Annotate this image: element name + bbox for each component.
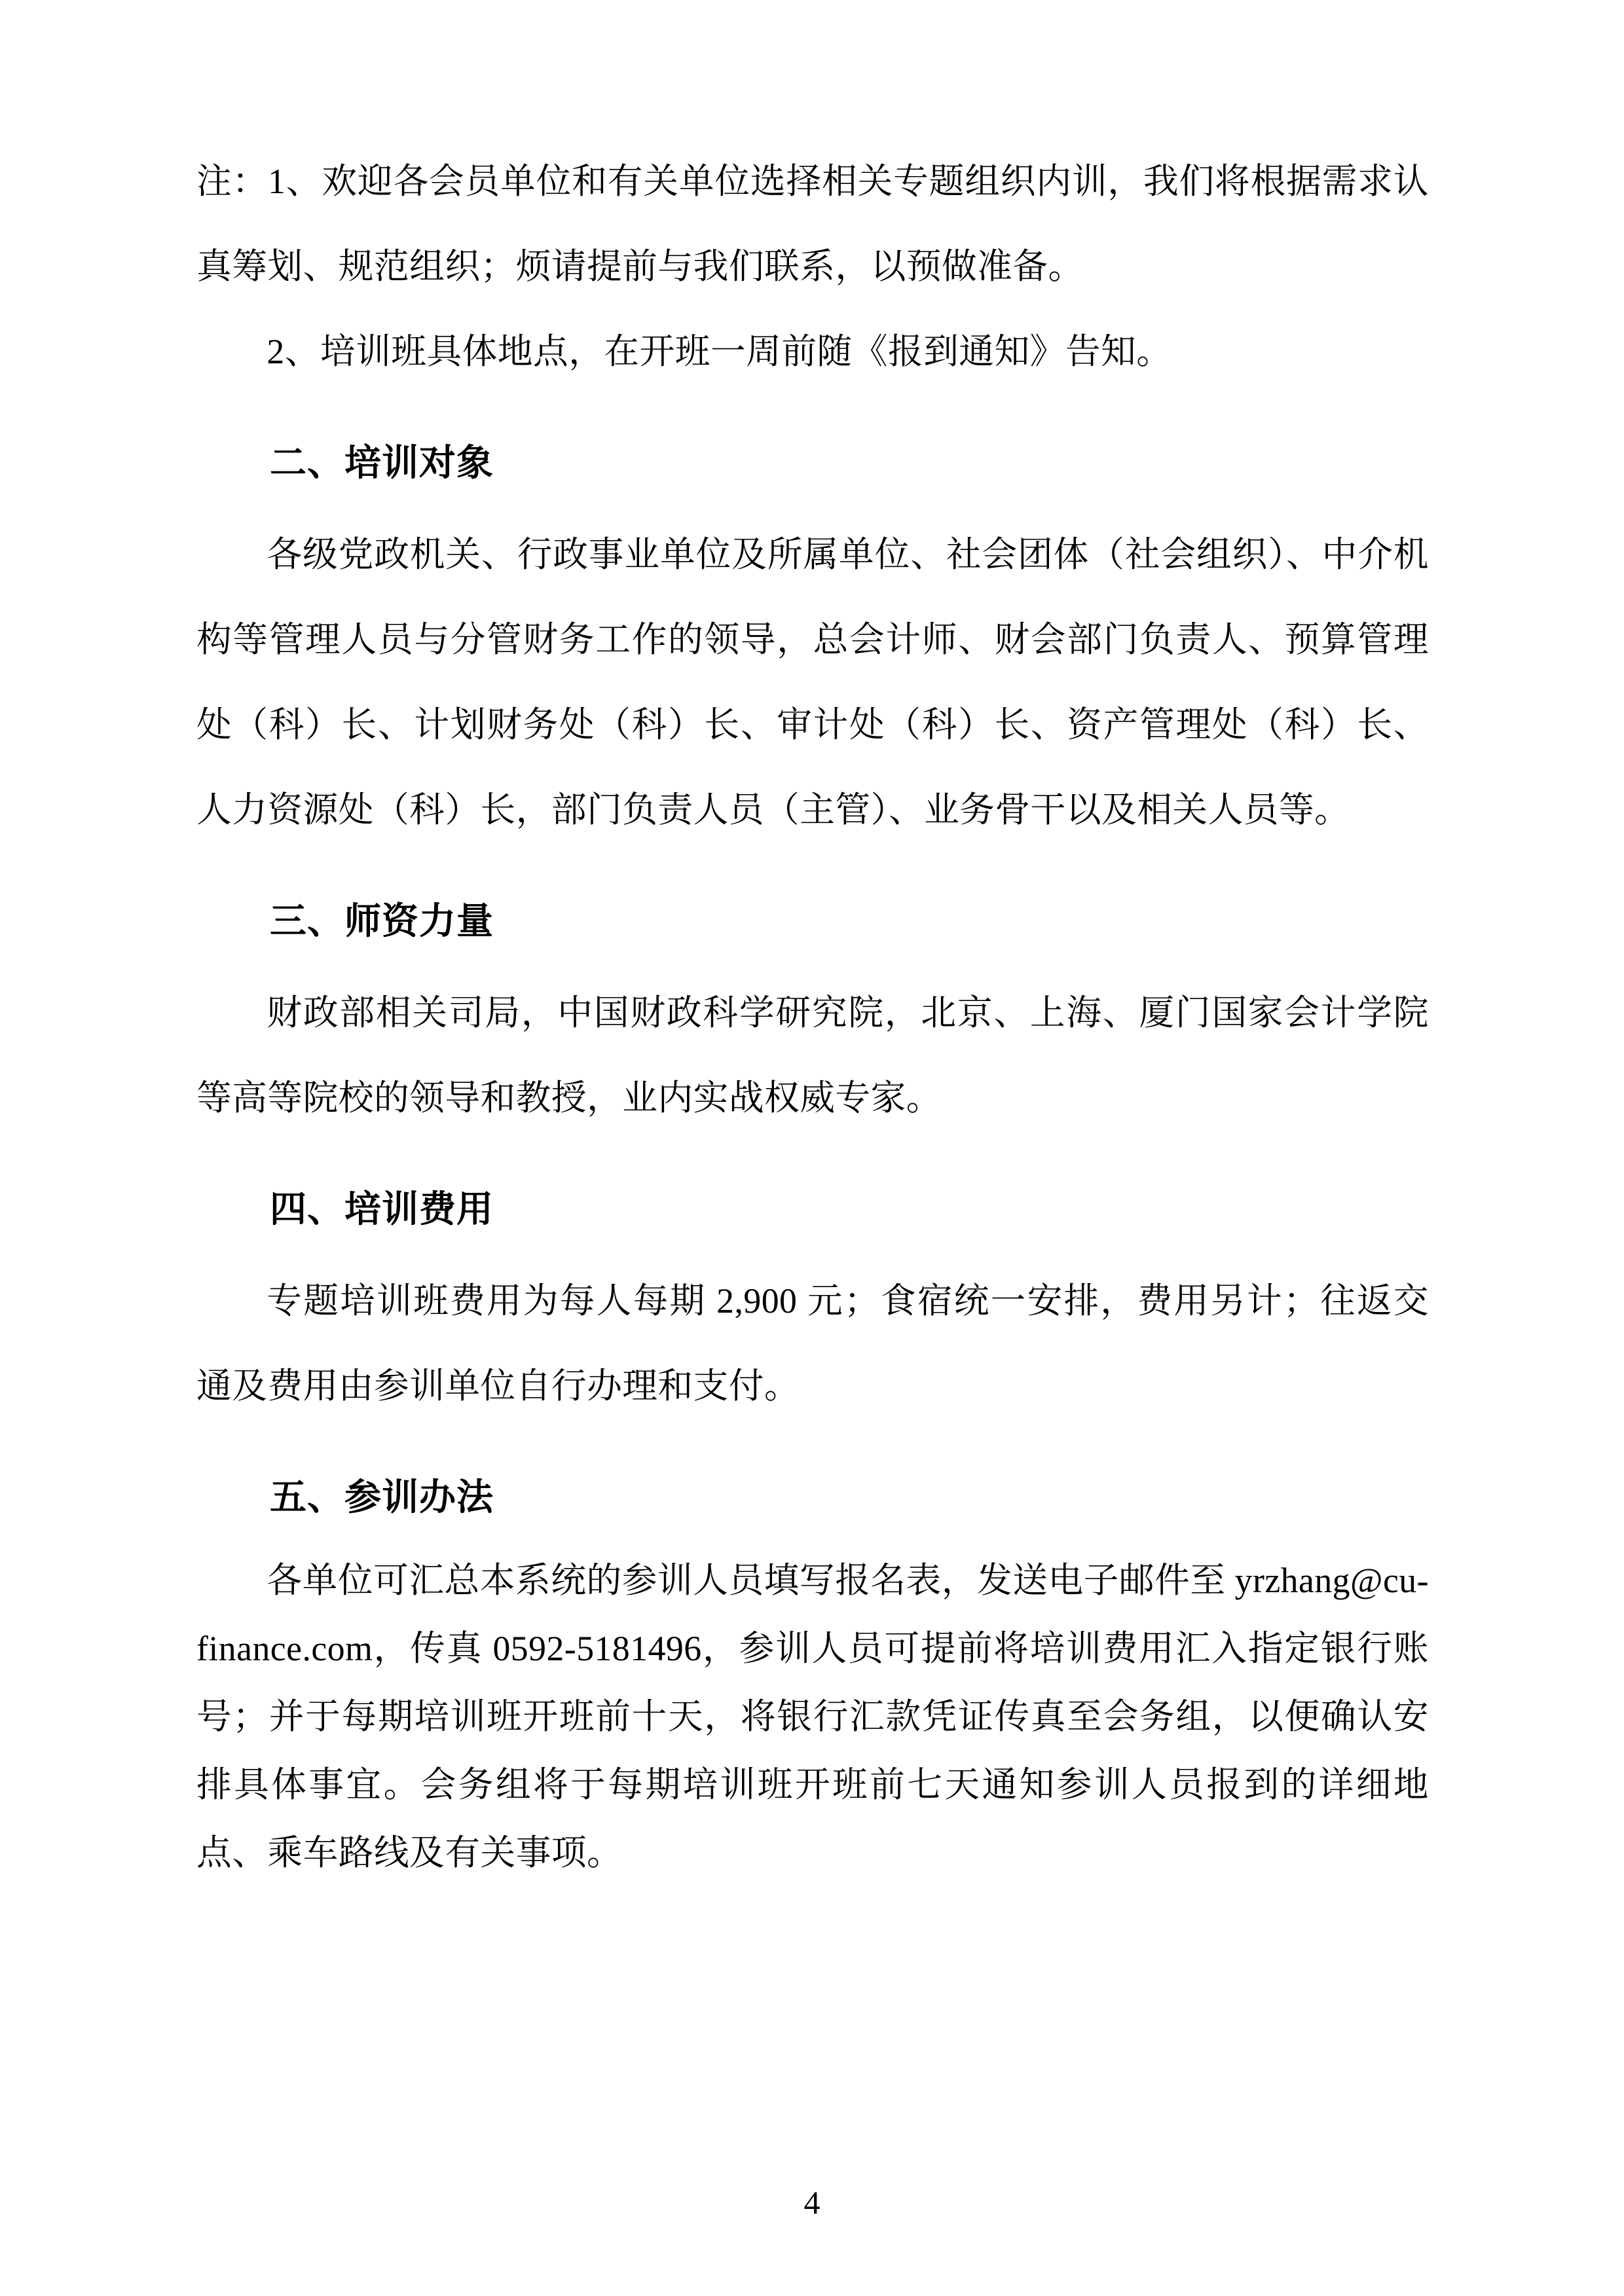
note-item-2: 2、培训班具体地点，在开班一周前随《报到通知》告知。 (196, 309, 1429, 394)
document-page: 注：1、欢迎各会员单位和有关单位选择相关专题组织内训，我们将根据需求认真筹划、规… (0, 0, 1624, 2296)
note-paragraph: 注：1、欢迎各会员单位和有关单位选择相关专题组织内训，我们将根据需求认真筹划、规… (196, 139, 1429, 309)
section-body-training-targets: 各级党政机关、行政事业单位及所属单位、社会团体（社会组织）、中介机构等管理人员与… (196, 512, 1429, 852)
section-body-fees: 专题培训班费用为每人每期 2,900 元；食宿统一安排，费用另计；往返交通及费用… (196, 1258, 1429, 1429)
section-heading-faculty: 三、师资力量 (196, 879, 1429, 964)
page-number: 4 (0, 2185, 1624, 2221)
section-heading-enrollment: 五、参训办法 (196, 1455, 1429, 1540)
section-body-enrollment: 各单位可汇总本系统的参训人员填写报名表，发送电子邮件至 yrzhang@cu-f… (196, 1546, 1429, 1887)
section-body-faculty: 财政部相关司局，中国财政科学研究院，北京、上海、厦门国家会计学院等高等院校的领导… (196, 970, 1429, 1140)
section-heading-fees: 四、培训费用 (196, 1167, 1429, 1252)
section-heading-training-targets: 二、培训对象 (196, 420, 1429, 505)
